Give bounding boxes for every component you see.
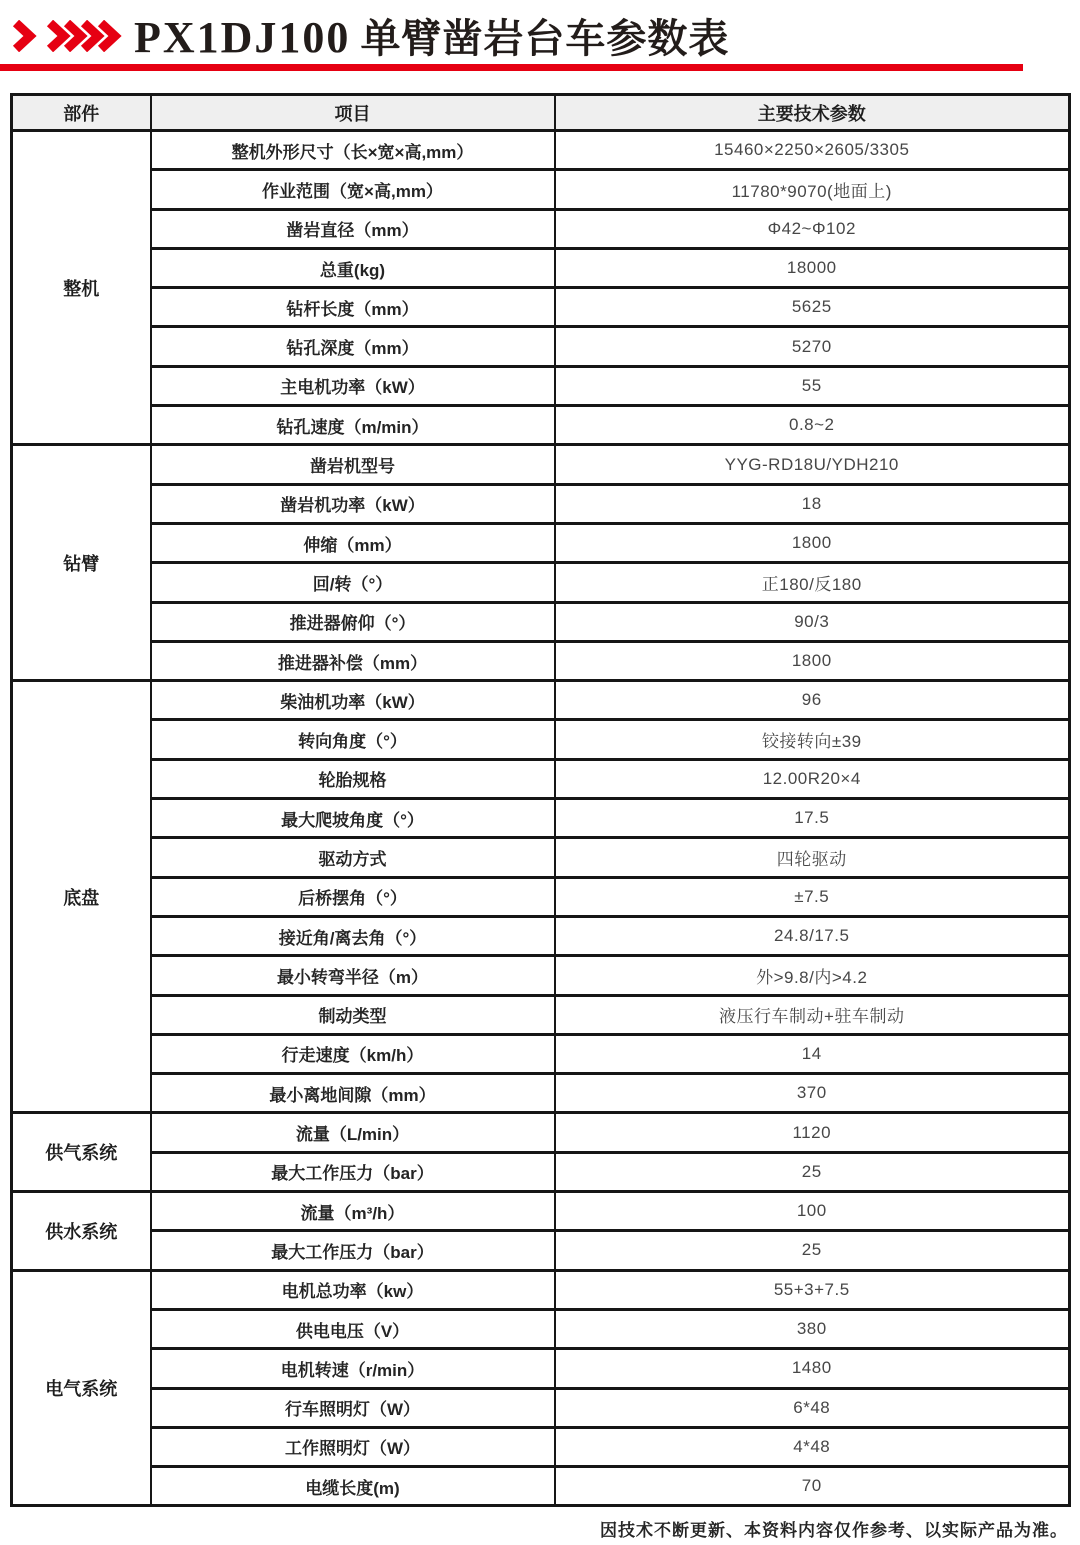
- value-cell: 18000: [555, 248, 1070, 287]
- table-row: 供水系统流量（m³/h）100: [12, 1192, 1070, 1231]
- value-cell: 4*48: [555, 1427, 1070, 1466]
- table-row: 工作照明灯（W）4*48: [12, 1427, 1070, 1466]
- footnote: 因技术不断更新、本资料内容仅作参考、以实际产品为准。: [10, 1516, 1068, 1541]
- value-cell: 1800: [555, 523, 1070, 562]
- header-row: 部件 项目 主要技术参数: [12, 95, 1070, 131]
- table-row: 接近角/离去角（°）24.8/17.5: [12, 916, 1070, 955]
- page-header: PX1DJ100单臂凿岩台车参数表: [0, 0, 1080, 60]
- value-cell: 55: [555, 366, 1070, 405]
- table-row: 钻孔速度（m/min）0.8~2: [12, 406, 1070, 445]
- table-row: 凿岩机功率（kW）18: [12, 484, 1070, 523]
- value-cell: 0.8~2: [555, 406, 1070, 445]
- value-cell: 96: [555, 681, 1070, 720]
- table-row: 转向角度（°）铰接转向±39: [12, 720, 1070, 759]
- spec-table-head: 部件 项目 主要技术参数: [12, 95, 1070, 131]
- table-row: 钻杆长度（mm）5625: [12, 288, 1070, 327]
- item-cell: 凿岩机型号: [151, 445, 555, 484]
- table-row: 电机转速（r/min）1480: [12, 1349, 1070, 1388]
- item-cell: 流量（L/min）: [151, 1113, 555, 1152]
- table-row: 行走速度（km/h）14: [12, 1034, 1070, 1073]
- table-row: 最大工作压力（bar）25: [12, 1152, 1070, 1191]
- item-cell: 电机总功率（kw）: [151, 1270, 555, 1309]
- value-cell: 11780*9070(地面上): [555, 170, 1070, 209]
- item-cell: 最大工作压力（bar）: [151, 1231, 555, 1270]
- value-cell: 15460×2250×2605/3305: [555, 131, 1070, 170]
- table-row: 推进器俯仰（°）90/3: [12, 602, 1070, 641]
- table-row: 整机整机外形尺寸（长×宽×高,mm）15460×2250×2605/3305: [12, 131, 1070, 170]
- page-title: PX1DJ100单臂凿岩台车参数表: [134, 7, 729, 64]
- table-row: 电气系统电机总功率（kw）55+3+7.5: [12, 1270, 1070, 1309]
- item-cell: 整机外形尺寸（长×宽×高,mm）: [151, 131, 555, 170]
- component-cell: 供水系统: [12, 1192, 151, 1271]
- value-cell: 25: [555, 1152, 1070, 1191]
- table-row: 伸缩（mm）1800: [12, 523, 1070, 562]
- value-cell: 5270: [555, 327, 1070, 366]
- red-chevrons-icon: [10, 20, 122, 52]
- value-cell: 18: [555, 484, 1070, 523]
- value-cell: Φ42~Φ102: [555, 209, 1070, 248]
- component-cell: 底盘: [12, 681, 151, 1113]
- value-cell: 25: [555, 1231, 1070, 1270]
- item-cell: 电机转速（r/min）: [151, 1349, 555, 1388]
- title-rule: [0, 64, 1023, 71]
- item-cell: 接近角/离去角（°）: [151, 916, 555, 955]
- header-parameter: 主要技术参数: [555, 95, 1070, 131]
- table-row: 最小离地间隙（mm）370: [12, 1074, 1070, 1113]
- item-cell: 钻杆长度（mm）: [151, 288, 555, 327]
- value-cell: 14: [555, 1034, 1070, 1073]
- value-cell: 1480: [555, 1349, 1070, 1388]
- table-row: 最小转弯半径（m）外>9.8/内>4.2: [12, 956, 1070, 995]
- table-row: 供气系统流量（L/min）1120: [12, 1113, 1070, 1152]
- value-cell: 液压行车制动+驻车制动: [555, 995, 1070, 1034]
- table-row: 凿岩直径（mm）Φ42~Φ102: [12, 209, 1070, 248]
- spec-sheet-page: PX1DJ100单臂凿岩台车参数表 部件 项目 主要技术参数 整机整机外形尺寸（…: [0, 0, 1080, 1545]
- item-cell: 最小转弯半径（m）: [151, 956, 555, 995]
- item-cell: 钻孔深度（mm）: [151, 327, 555, 366]
- value-cell: 1120: [555, 1113, 1070, 1152]
- value-cell: 55+3+7.5: [555, 1270, 1070, 1309]
- table-row: 钻孔深度（mm）5270: [12, 327, 1070, 366]
- item-cell: 转向角度（°）: [151, 720, 555, 759]
- item-cell: 最大工作压力（bar）: [151, 1152, 555, 1191]
- table-row: 作业范围（宽×高,mm）11780*9070(地面上): [12, 170, 1070, 209]
- value-cell: 正180/反180: [555, 563, 1070, 602]
- value-cell: 5625: [555, 288, 1070, 327]
- item-cell: 电缆长度(m): [151, 1467, 555, 1506]
- value-cell: 铰接转向±39: [555, 720, 1070, 759]
- value-cell: 70: [555, 1467, 1070, 1506]
- item-cell: 钻孔速度（m/min）: [151, 406, 555, 445]
- item-cell: 最大爬坡角度（°）: [151, 799, 555, 838]
- value-cell: 外>9.8/内>4.2: [555, 956, 1070, 995]
- title-text: 单臂凿岩台车参数表: [360, 17, 729, 61]
- table-row: 底盘柴油机功率（kW）96: [12, 681, 1070, 720]
- item-cell: 总重(kg): [151, 248, 555, 287]
- value-cell: 90/3: [555, 602, 1070, 641]
- table-row: 最大工作压力（bar）25: [12, 1231, 1070, 1270]
- item-cell: 主电机功率（kW）: [151, 366, 555, 405]
- spec-table: 部件 项目 主要技术参数 整机整机外形尺寸（长×宽×高,mm）15460×225…: [10, 93, 1071, 1507]
- item-cell: 推进器俯仰（°）: [151, 602, 555, 641]
- value-cell: 12.00R20×4: [555, 759, 1070, 798]
- spec-table-body: 整机整机外形尺寸（长×宽×高,mm）15460×2250×2605/3305作业…: [12, 131, 1070, 1506]
- item-cell: 流量（m³/h）: [151, 1192, 555, 1231]
- value-cell: 6*48: [555, 1388, 1070, 1427]
- item-cell: 行车照明灯（W）: [151, 1388, 555, 1427]
- item-cell: 柴油机功率（kW）: [151, 681, 555, 720]
- value-cell: 24.8/17.5: [555, 916, 1070, 955]
- value-cell: 100: [555, 1192, 1070, 1231]
- table-row: 主电机功率（kW）55: [12, 366, 1070, 405]
- header-component: 部件: [12, 95, 151, 131]
- table-row: 最大爬坡角度（°）17.5: [12, 799, 1070, 838]
- value-cell: 370: [555, 1074, 1070, 1113]
- component-cell: 整机: [12, 131, 151, 445]
- table-row: 驱动方式四轮驱动: [12, 838, 1070, 877]
- item-cell: 驱动方式: [151, 838, 555, 877]
- model-code: PX1DJ100: [134, 13, 350, 62]
- item-cell: 后桥摆角（°）: [151, 877, 555, 916]
- table-row: 电缆长度(m)70: [12, 1467, 1070, 1506]
- table-row: 推进器补偿（mm）1800: [12, 641, 1070, 680]
- item-cell: 供电电压（V）: [151, 1309, 555, 1348]
- component-cell: 电气系统: [12, 1270, 151, 1506]
- table-row: 钻臂凿岩机型号YYG-RD18U/YDH210: [12, 445, 1070, 484]
- item-cell: 凿岩机功率（kW）: [151, 484, 555, 523]
- table-row: 后桥摆角（°）±7.5: [12, 877, 1070, 916]
- value-cell: 17.5: [555, 799, 1070, 838]
- table-row: 供电电压（V）380: [12, 1309, 1070, 1348]
- item-cell: 回/转（°）: [151, 563, 555, 602]
- value-cell: 380: [555, 1309, 1070, 1348]
- table-row: 总重(kg)18000: [12, 248, 1070, 287]
- item-cell: 最小离地间隙（mm）: [151, 1074, 555, 1113]
- component-cell: 钻臂: [12, 445, 151, 681]
- item-cell: 轮胎规格: [151, 759, 555, 798]
- value-cell: YYG-RD18U/YDH210: [555, 445, 1070, 484]
- item-cell: 工作照明灯（W）: [151, 1427, 555, 1466]
- table-row: 轮胎规格12.00R20×4: [12, 759, 1070, 798]
- value-cell: 1800: [555, 641, 1070, 680]
- item-cell: 伸缩（mm）: [151, 523, 555, 562]
- table-row: 行车照明灯（W）6*48: [12, 1388, 1070, 1427]
- value-cell: ±7.5: [555, 877, 1070, 916]
- item-cell: 制动类型: [151, 995, 555, 1034]
- table-row: 制动类型液压行车制动+驻车制动: [12, 995, 1070, 1034]
- item-cell: 凿岩直径（mm）: [151, 209, 555, 248]
- header-item: 项目: [151, 95, 555, 131]
- item-cell: 作业范围（宽×高,mm）: [151, 170, 555, 209]
- table-row: 回/转（°）正180/反180: [12, 563, 1070, 602]
- component-cell: 供气系统: [12, 1113, 151, 1192]
- item-cell: 行走速度（km/h）: [151, 1034, 555, 1073]
- item-cell: 推进器补偿（mm）: [151, 641, 555, 680]
- value-cell: 四轮驱动: [555, 838, 1070, 877]
